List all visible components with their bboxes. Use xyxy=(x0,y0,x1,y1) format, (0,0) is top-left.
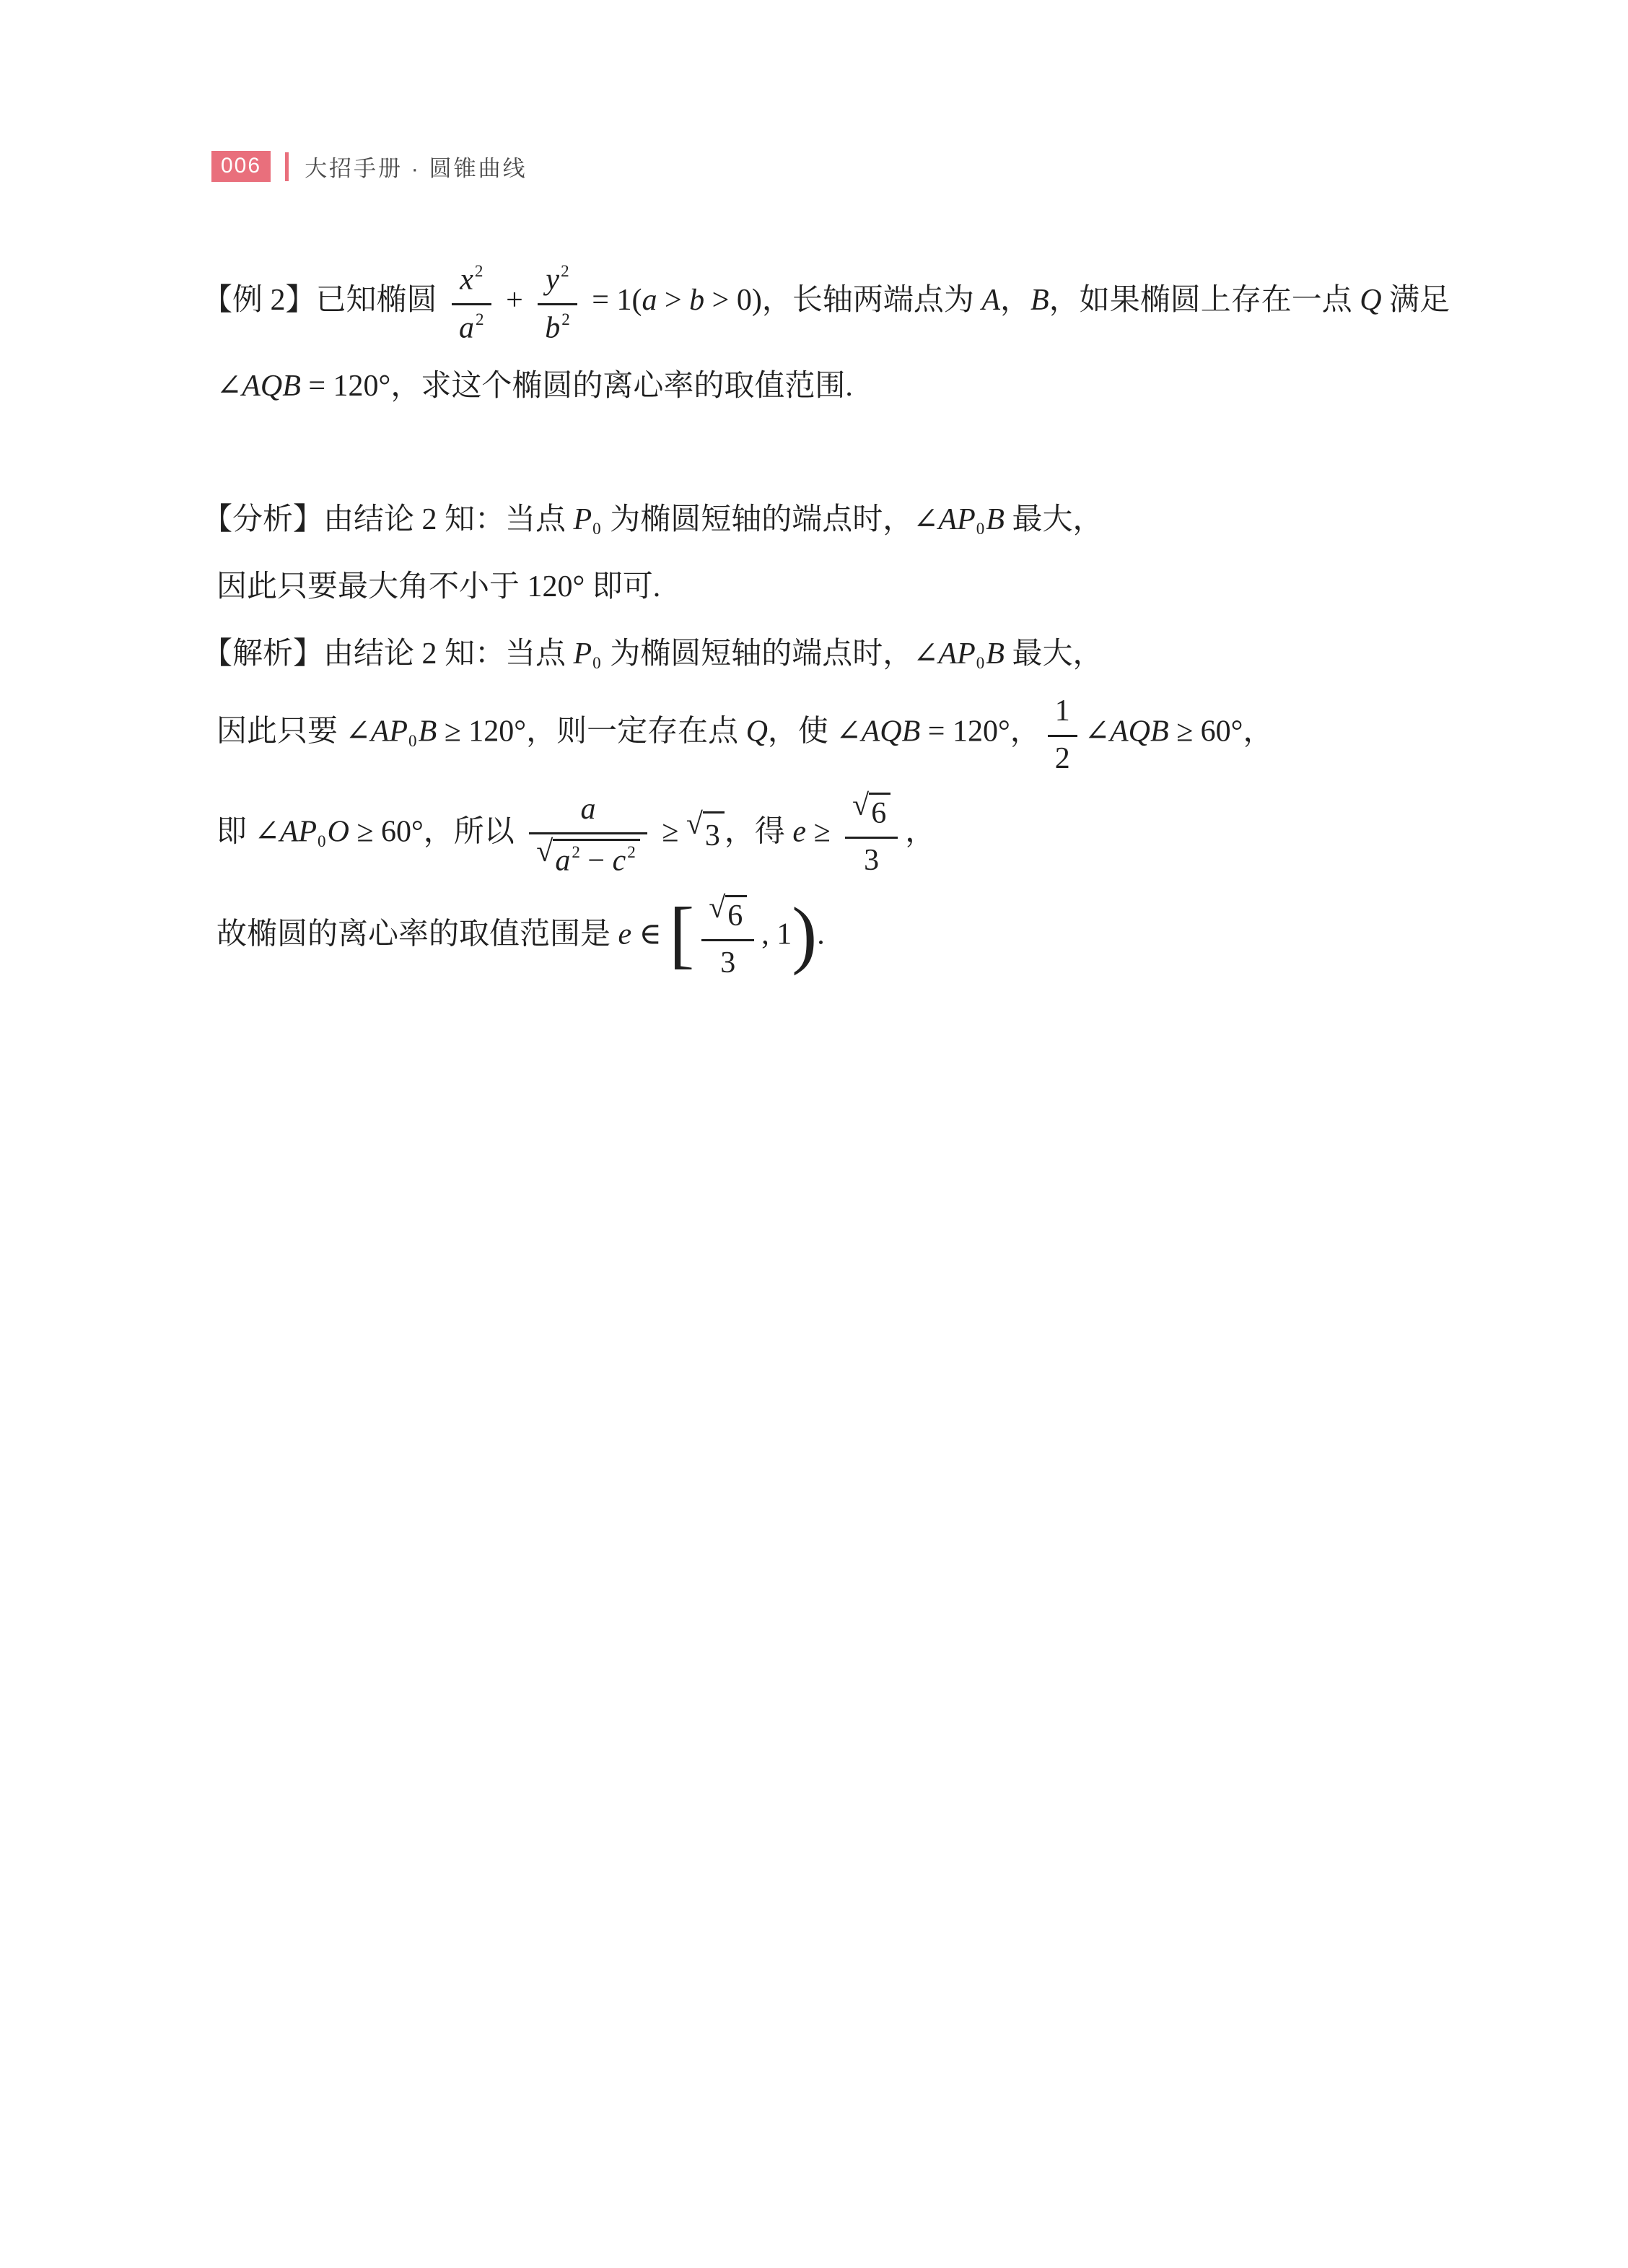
superscript: 2 xyxy=(561,310,570,328)
text-run: 最大， xyxy=(1005,503,1103,536)
bracket-delimiter: ) xyxy=(792,902,817,966)
math-variable: y xyxy=(546,263,559,296)
text-run: 3 xyxy=(720,946,735,980)
text-run: ， xyxy=(905,816,935,849)
fraction-denominator: √a2 − c2 xyxy=(529,834,647,880)
superscript: 2 xyxy=(572,842,580,861)
text-run: 2 xyxy=(1055,742,1070,775)
text-run: ， xyxy=(1000,284,1030,317)
problem-statement-line-1: 【例 2】已知椭圆 x2a2 + y2b2 = 1(a > b > 0)，长轴两… xyxy=(202,258,1436,346)
superscript: 2 xyxy=(561,261,569,280)
subscript: 0 xyxy=(976,519,985,538)
text-run: ≥ 60°， xyxy=(1169,715,1274,749)
radical-sign: √ xyxy=(536,837,553,867)
math-variable: x xyxy=(460,263,473,296)
radical-sign: √ xyxy=(709,893,725,923)
fraction-denominator: b2 xyxy=(538,305,577,347)
problem-statement-line-2: ∠AQB = 120°，求这个椭圆的离心率的取值范围. xyxy=(202,365,1436,408)
solution-line-3: 即 ∠AP0O ≥ 60°，所以 a√a2 − c2 ≥ √3，得 e ≥ √6… xyxy=(202,789,1436,880)
math-variable: b xyxy=(545,311,560,344)
subscript: 0 xyxy=(592,519,601,538)
fraction: √63 xyxy=(701,891,754,982)
radical: √3 xyxy=(686,811,725,858)
math-variable: c xyxy=(613,845,626,878)
text-run: ≥ 120°，则一定存在点 xyxy=(437,715,745,749)
math-variable: a xyxy=(459,311,474,344)
bracket-delimiter: [ xyxy=(669,902,694,966)
fraction-numerator: y2 xyxy=(538,258,577,305)
text-run: . xyxy=(817,917,825,951)
text-run: 【解析】由结论 2 知：当点 xyxy=(202,637,574,671)
superscript: 2 xyxy=(475,261,483,280)
text-run: + xyxy=(499,284,531,317)
fraction-denominator: 3 xyxy=(701,941,754,982)
text-run: 3 xyxy=(705,819,720,852)
text-run: ∈ xyxy=(631,917,669,951)
subscript: 0 xyxy=(592,653,601,672)
math-variable: B xyxy=(986,637,1005,671)
math-variable: AQB xyxy=(862,715,921,749)
page-header: 006 大招手册 · 圆锥曲线 xyxy=(211,150,528,183)
math-variable: AP xyxy=(280,816,317,849)
fraction: a√a2 − c2 xyxy=(529,789,647,880)
math-variable: a xyxy=(642,284,657,317)
solution-line-1: 【解析】由结论 2 知：当点 P0 为椭圆短轴的端点时，∠AP0B 最大， xyxy=(202,633,1436,676)
text-run: 即 ∠ xyxy=(216,816,280,849)
text-run: 故椭圆的离心率的取值范围是 xyxy=(216,917,618,951)
superscript: 2 xyxy=(476,310,484,328)
fraction-denominator: 3 xyxy=(845,839,898,879)
math-variable: Q xyxy=(746,715,768,749)
subscript: 0 xyxy=(318,832,326,850)
fraction: x2a2 xyxy=(452,258,491,346)
text-run: = 120°，求这个椭圆的离心率的取值范围. xyxy=(301,370,853,403)
text-run: ≥ xyxy=(655,816,686,849)
text-run: > xyxy=(657,284,689,317)
text-run: 【例 2】已知椭圆 xyxy=(202,284,445,317)
fraction: y2b2 xyxy=(538,258,577,346)
math-variable: e xyxy=(792,816,806,849)
text-run: 为椭圆短轴的端点时，∠ xyxy=(603,637,939,671)
text-run: 1 xyxy=(1055,694,1070,728)
radical-sign: √ xyxy=(686,809,703,839)
math-variable: AP xyxy=(938,637,975,671)
radical: √6 xyxy=(709,895,747,933)
book-page: 006 大招手册 · 圆锥曲线 【例 2】已知椭圆 x2a2 + y2b2 = … xyxy=(0,0,1628,2268)
math-variable: B xyxy=(419,715,437,749)
text-run: 6 xyxy=(871,797,886,830)
fraction: √63 xyxy=(845,789,898,879)
text-run: = 1( xyxy=(585,284,642,317)
text-run: > 0)，长轴两端点为 xyxy=(704,284,981,317)
fraction: 12 xyxy=(1048,691,1077,777)
radical-sign: √ xyxy=(852,790,869,821)
fraction-denominator: 2 xyxy=(1048,737,1077,777)
text-run: 因此只要 ∠ xyxy=(216,715,371,749)
fraction-numerator: 1 xyxy=(1048,691,1077,736)
text-run: 为椭圆短轴的端点时，∠ xyxy=(603,503,939,536)
math-variable: AQB xyxy=(242,370,301,403)
math-variable: B xyxy=(1030,284,1049,317)
text-run: = 120°， xyxy=(920,715,1040,749)
math-variable: a xyxy=(581,793,596,826)
fraction-numerator: x2 xyxy=(452,258,491,305)
math-variable: AP xyxy=(938,503,975,536)
fraction-denominator: a2 xyxy=(452,305,491,347)
radicand: 3 xyxy=(703,811,725,858)
math-variable: AP xyxy=(371,715,408,749)
analysis-line-1: 【分析】由结论 2 知：当点 P0 为椭圆短轴的端点时，∠AP0B 最大， xyxy=(202,499,1436,541)
radical: √a2 − c2 xyxy=(536,839,640,878)
text-run: ∠ xyxy=(1085,715,1110,749)
text-run: ，得 xyxy=(725,816,793,849)
text-run: 3 xyxy=(864,844,879,877)
text-run: ，使 ∠ xyxy=(768,715,862,749)
content: 【例 2】已知椭圆 x2a2 + y2b2 = 1(a > b > 0)，长轴两… xyxy=(202,258,1436,982)
math-variable: Q xyxy=(1360,284,1381,317)
subscript: 0 xyxy=(976,653,985,672)
radicand: a2 − c2 xyxy=(553,839,639,878)
radicand: 6 xyxy=(725,895,747,933)
fraction-numerator: a xyxy=(529,789,647,834)
subscript: 0 xyxy=(408,731,417,750)
text-run: ≥ 60°，所以 xyxy=(349,816,522,849)
solution-line-2: 因此只要 ∠AP0B ≥ 120°，则一定存在点 Q，使 ∠AQB = 120°… xyxy=(202,691,1436,777)
text-run: ，如果椭圆上存在一点 xyxy=(1049,284,1360,317)
math-variable: b xyxy=(689,284,704,317)
page-number-badge: 006 xyxy=(211,151,271,182)
superscript: 2 xyxy=(627,842,636,861)
book-title: 大招手册 · 圆锥曲线 xyxy=(305,150,528,183)
text-run: 【分析】由结论 2 知：当点 xyxy=(202,503,574,536)
text-run: , 1 xyxy=(761,917,792,951)
text-run: ∠ xyxy=(216,370,242,403)
text-run: 因此只要最大角不小于 120° 即可. xyxy=(216,570,660,603)
solution-line-4: 故椭圆的离心率的取值范围是 e ∈ [√63, 1). xyxy=(202,891,1436,982)
math-variable: A xyxy=(981,284,1000,317)
math-variable: AQB xyxy=(1110,715,1169,749)
radical: √6 xyxy=(852,793,890,831)
math-variable: e xyxy=(618,917,632,951)
radicand: 6 xyxy=(869,793,890,831)
math-variable: a xyxy=(555,845,570,878)
text-run: ≥ xyxy=(806,816,838,849)
math-variable: O xyxy=(328,816,349,849)
fraction-numerator: √6 xyxy=(701,891,754,941)
math-variable: P xyxy=(574,637,592,671)
analysis-line-2: 因此只要最大角不小于 120° 即可. xyxy=(202,566,1436,609)
text-run: 最大， xyxy=(1005,637,1103,671)
math-variable: B xyxy=(986,503,1005,536)
text-run: − xyxy=(580,845,613,878)
math-variable: P xyxy=(574,503,592,536)
text-run: 6 xyxy=(727,899,743,933)
fraction-numerator: √6 xyxy=(845,789,898,839)
header-divider xyxy=(285,152,289,181)
text-run: 满足 xyxy=(1382,284,1450,317)
